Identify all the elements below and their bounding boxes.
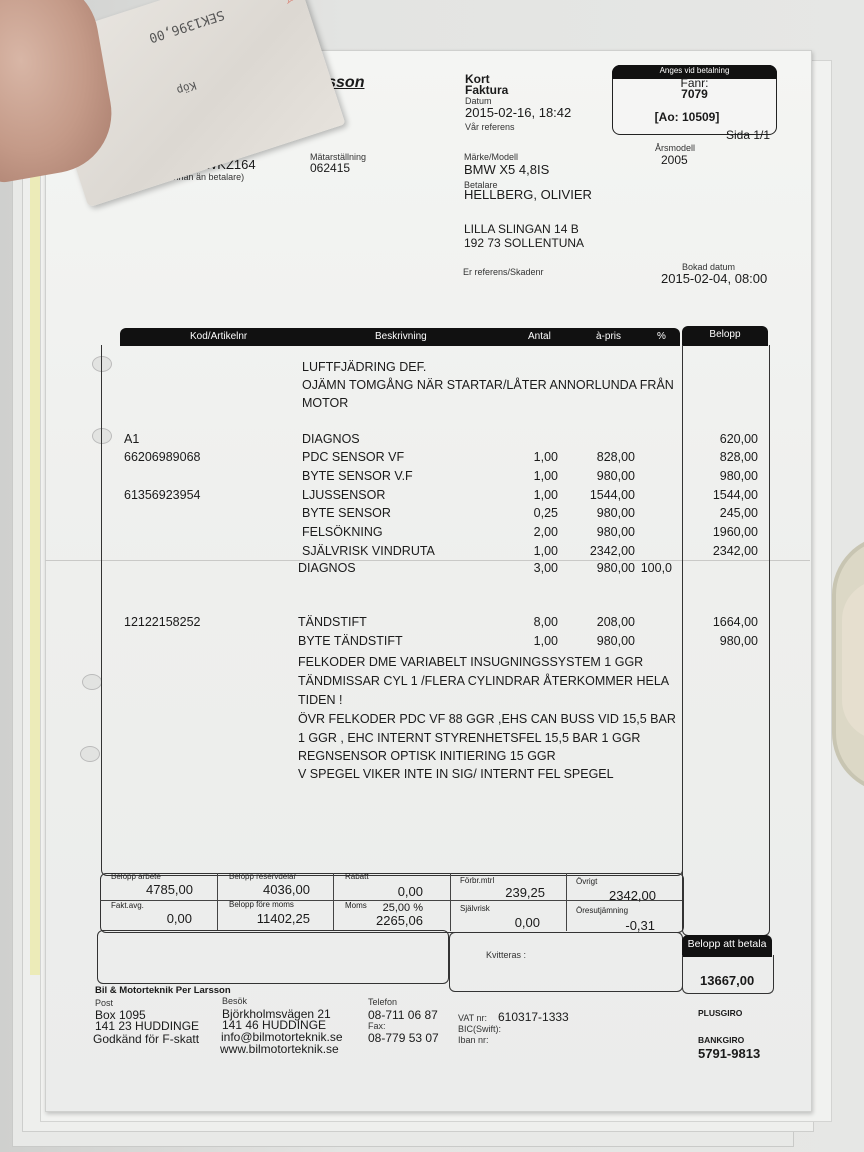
row-belopp: 2342,00 bbox=[688, 544, 758, 558]
row-description: BYTE SENSOR bbox=[302, 506, 391, 520]
address-line1: LILLA SLINGAN 14 B bbox=[464, 222, 579, 236]
fax-value: 08-779 53 07 bbox=[368, 1031, 439, 1045]
doc-type-line2: Faktura bbox=[465, 83, 508, 97]
col-beskrivning: Beskrivning bbox=[375, 331, 427, 342]
oresutjamning-value: -0,31 bbox=[590, 918, 655, 933]
address-line2: 192 73 SOLLENTUNA bbox=[464, 236, 584, 250]
row-antal: 2,00 bbox=[510, 525, 558, 539]
row-antal: 1,00 bbox=[510, 450, 558, 464]
fore-moms-label: Belopp före moms bbox=[229, 900, 294, 909]
rabatt-label: Rabatt bbox=[345, 872, 369, 881]
footer-company: Bil & Motorteknik Per Larsson bbox=[95, 985, 231, 996]
row-description: LUFTFJÄDRING DEF. bbox=[302, 360, 426, 374]
row-antal: 1,00 bbox=[510, 488, 558, 502]
row-description: LJUSSENSOR bbox=[302, 488, 385, 502]
forbr-label: Förbr.mtrl bbox=[460, 876, 494, 885]
belopp-reservdelar-label: Belopp reservdelar bbox=[229, 872, 296, 881]
row-description: BYTE TÄNDSTIFT bbox=[298, 634, 403, 648]
arsmodell-value: 2005 bbox=[661, 153, 688, 167]
kvitteras-label: Kvitteras : bbox=[486, 950, 526, 960]
row-description: OJÄMN TOMGÅNG NÄR STARTAR/LÅTER ANNORLUN… bbox=[302, 378, 674, 392]
row-antal: 3,00 bbox=[510, 561, 558, 575]
belopp-arbete-label: Belopp arbete bbox=[111, 872, 161, 881]
post-label: Post bbox=[95, 998, 113, 1008]
fanr-value: 7079 bbox=[612, 87, 777, 101]
bankgiro-value: 5791-9813 bbox=[698, 1046, 760, 1061]
oresutjamning-label: Öresutjämning bbox=[576, 906, 628, 915]
row-belopp: 828,00 bbox=[688, 450, 758, 464]
iban-label: Iban nr: bbox=[458, 1035, 489, 1045]
row-apris: 208,00 bbox=[570, 615, 635, 629]
row-description: ÖVR FELKODER PDC VF 88 GGR ,EHS CAN BUSS… bbox=[298, 712, 676, 726]
betalare-name: HELLBERG, OLIVIER bbox=[464, 187, 592, 202]
ao-value: [Ao: 10509] bbox=[612, 110, 762, 124]
totals-col-divider bbox=[450, 873, 451, 931]
fskatt-note: Godkänd för F-skatt bbox=[93, 1032, 199, 1046]
post-line2: 141 23 HUDDINGE bbox=[95, 1019, 199, 1033]
rabatt-value: 0,00 bbox=[360, 884, 423, 899]
row-belopp: 980,00 bbox=[688, 469, 758, 483]
punch-hole bbox=[80, 746, 100, 762]
matarstallning-value: 062415 bbox=[310, 161, 350, 175]
sjalvrisk-label: Självrisk bbox=[460, 904, 490, 913]
row-antal: 1,00 bbox=[510, 634, 558, 648]
fakt-avg-label: Fakt.avg. bbox=[111, 901, 144, 910]
row-description: DIAGNOS bbox=[302, 432, 360, 446]
totals-col-divider bbox=[333, 873, 334, 931]
row-apris: 980,00 bbox=[570, 469, 635, 483]
kvitteras-box bbox=[449, 932, 683, 992]
receipt-edge-text: TO PÅ KÖP bbox=[270, 0, 299, 23]
table-header: Kod/Artikelnr Beskrivning Antal à-pris % bbox=[120, 328, 680, 346]
row-kod: 61356923954 bbox=[124, 488, 200, 502]
receipt-amount: SEK1396,00 bbox=[147, 7, 226, 45]
row-description: BYTE SENSOR V.F bbox=[302, 469, 413, 483]
totals-col-divider bbox=[566, 873, 567, 931]
row-apris: 980,00 bbox=[570, 506, 635, 520]
footer-website[interactable]: www.bilmotorteknik.se bbox=[220, 1042, 339, 1056]
col-apris: à-pris bbox=[596, 331, 621, 342]
belopp-arbete-value: 4785,00 bbox=[120, 882, 193, 897]
row-description: DIAGNOS bbox=[298, 561, 356, 575]
marke-value: BMW X5 4,8IS bbox=[464, 162, 549, 177]
bic-label: BIC(Swift): bbox=[458, 1024, 501, 1034]
var-referens-label: Vår referens bbox=[465, 122, 515, 132]
row-kod: A1 bbox=[124, 432, 139, 446]
sjalvrisk-value: 0,00 bbox=[470, 915, 540, 930]
att-betala-label: Belopp att betala bbox=[682, 935, 772, 957]
row-belopp: 1664,00 bbox=[688, 615, 758, 629]
row-belopp: 620,00 bbox=[688, 432, 758, 446]
fax-label: Fax: bbox=[368, 1021, 386, 1031]
telefon-value: 08-711 06 87 bbox=[368, 1008, 438, 1022]
marke-label: Märke/Modell bbox=[464, 152, 518, 162]
row-kod: 66206989068 bbox=[124, 450, 200, 464]
row-antal: 1,00 bbox=[510, 469, 558, 483]
row-kod: 12122158252 bbox=[124, 615, 200, 629]
row-pct: 100,0 bbox=[636, 561, 672, 575]
plate-food bbox=[842, 580, 864, 740]
col-kod: Kod/Artikelnr bbox=[190, 331, 247, 342]
punch-hole bbox=[82, 674, 102, 690]
row-apris: 2342,00 bbox=[570, 544, 635, 558]
ovrigt-label: Övrigt bbox=[576, 877, 597, 886]
row-description: V SPEGEL VIKER INTE IN SIG/ INTERNT FEL … bbox=[298, 767, 614, 781]
row-description: MOTOR bbox=[302, 396, 348, 410]
row-apris: 1544,00 bbox=[570, 488, 635, 502]
datum-value: 2015-02-16, 18:42 bbox=[465, 105, 571, 120]
row-apris: 828,00 bbox=[570, 450, 635, 464]
bokad-datum-value: 2015-02-04, 08:00 bbox=[661, 271, 767, 286]
signature-box bbox=[97, 930, 449, 984]
col-belopp: Belopp bbox=[682, 326, 768, 346]
row-description: 1 GGR , EHC INTERNT STYRENHETSFEL 15,5 B… bbox=[298, 731, 640, 745]
row-belopp: 1960,00 bbox=[688, 525, 758, 539]
row-apris: 980,00 bbox=[570, 561, 635, 575]
row-description: SJÄLVRISK VINDRUTA bbox=[302, 544, 435, 558]
plusgiro-label: PLUSGIRO bbox=[698, 1008, 742, 1018]
vat-label: VAT nr: bbox=[458, 1013, 487, 1023]
row-antal: 1,00 bbox=[510, 544, 558, 558]
totals-col-divider bbox=[217, 873, 218, 931]
row-description: TÄNDMISSAR CYL 1 /FLERA CYLINDRAR ÅTERKO… bbox=[298, 674, 669, 688]
row-description: FELSÖKNING bbox=[302, 525, 383, 539]
fore-moms-value: 11402,25 bbox=[230, 911, 310, 926]
att-betala-value: 13667,00 bbox=[700, 973, 754, 988]
forbr-value: 239,25 bbox=[470, 885, 545, 900]
table-body-frame bbox=[101, 345, 683, 876]
vat-value: 610317-1333 bbox=[498, 1010, 569, 1024]
belopp-reservdelar-value: 4036,00 bbox=[240, 882, 310, 897]
telefon-label: Telefon bbox=[368, 997, 397, 1007]
row-description: REGNSENSOR OPTISK INITIERING 15 GGR bbox=[298, 749, 556, 763]
bankgiro-label: BANKGIRO bbox=[698, 1035, 744, 1045]
row-description: TÄNDSTIFT bbox=[298, 615, 367, 629]
row-belopp: 980,00 bbox=[688, 634, 758, 648]
arsmodell-label: Årsmodell bbox=[655, 143, 695, 153]
row-belopp: 1544,00 bbox=[688, 488, 758, 502]
receipt-purchase-label: Köp bbox=[175, 79, 198, 98]
er-referens-label: Er referens/Skadenr bbox=[463, 267, 544, 277]
row-description: PDC SENSOR VF bbox=[302, 450, 404, 464]
row-description: TIDEN ! bbox=[298, 693, 342, 707]
col-pct: % bbox=[657, 331, 666, 342]
ovrigt-value: 2342,00 bbox=[580, 888, 656, 903]
besok-label: Besök bbox=[222, 996, 247, 1006]
row-belopp: 245,00 bbox=[688, 506, 758, 520]
page-indicator: Sida 1/1 bbox=[726, 128, 770, 142]
moms-value: 2265,06 bbox=[350, 913, 423, 928]
row-antal: 8,00 bbox=[510, 615, 558, 629]
row-description: FELKODER DME VARIABELT INSUGNINGSSYSTEM … bbox=[298, 655, 643, 669]
fakt-avg-value: 0,00 bbox=[120, 911, 192, 926]
row-apris: 980,00 bbox=[570, 634, 635, 648]
row-antal: 0,25 bbox=[510, 506, 558, 520]
col-antal: Antal bbox=[528, 331, 551, 342]
row-apris: 980,00 bbox=[570, 525, 635, 539]
